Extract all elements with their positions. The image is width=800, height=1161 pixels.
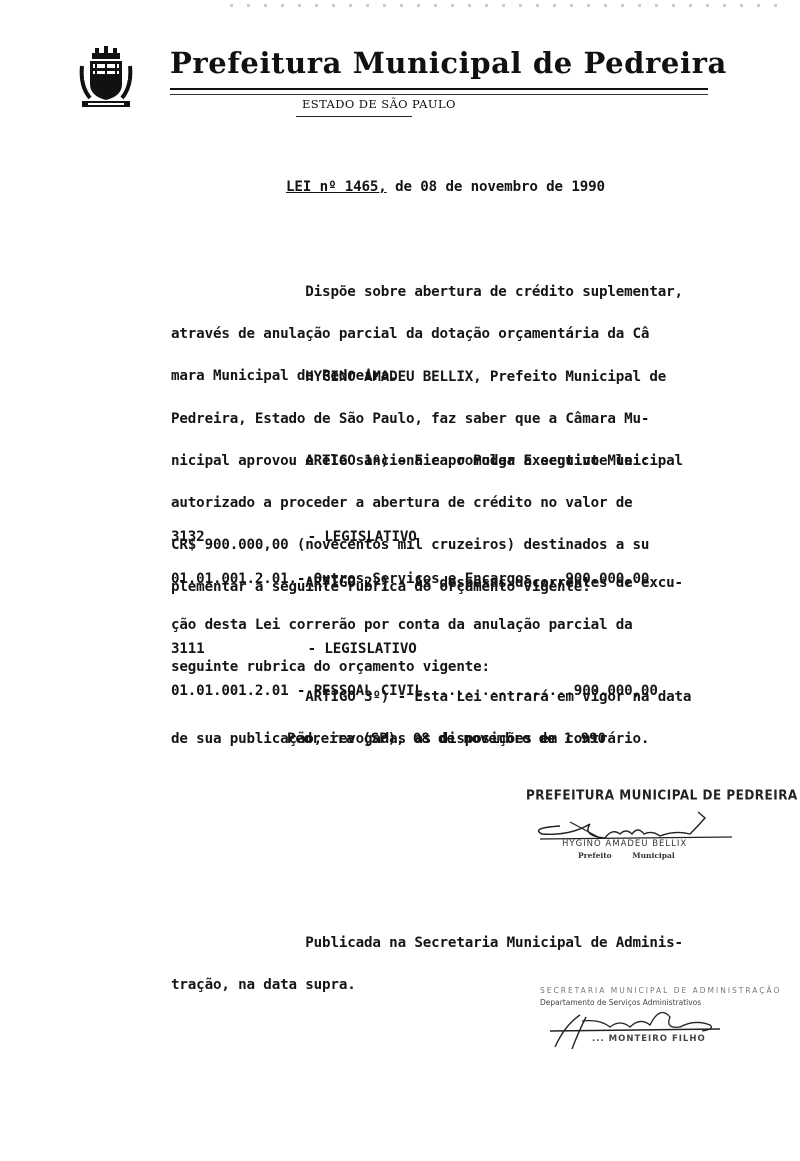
- secretary-stamp-line: SECRETARIA MUNICIPAL DE ADMINISTRAÇÃO: [540, 986, 781, 995]
- header-subtitle: ESTADO DE SÃO PAULO: [302, 97, 456, 111]
- preamble-line: Pedreira, Estado de São Paulo, faz saber…: [171, 412, 666, 426]
- law-heading: LEI nº 1465, de 08 de novembro de 1990: [286, 180, 605, 194]
- secretary-name: ... MONTEIRO FILHO: [592, 1034, 706, 1044]
- budget-unit: - LEGISLATIVO: [308, 641, 417, 657]
- article-line: ARTIGO 2º) - As despesas decorrentes de …: [171, 576, 683, 590]
- budget-code: 3111: [171, 641, 205, 657]
- mayor-name: HYGINO AMADEU BELLIX: [562, 839, 687, 849]
- article-line: ARTIGO 1º) - Fica o Poder Executivo Muni…: [171, 454, 683, 468]
- article-line: ARTIGO 3º) - Esta Lei entrará em vigor n…: [171, 690, 691, 704]
- publication-line: Publicada na Secretaria Municipal de Adm…: [171, 936, 683, 950]
- coat-of-arms-icon: [78, 46, 134, 110]
- scan-artifact: [230, 4, 790, 7]
- secretary-signature-icon: [520, 1005, 740, 1055]
- law-number: LEI nº 1465,: [286, 179, 387, 195]
- mayor-role: Prefeito Municipal: [578, 851, 675, 860]
- summary-line: através de anulação parcial da dotação o…: [171, 327, 683, 341]
- place-and-date: Pedreira (SP), 08 de novembro de 1.990: [287, 732, 606, 746]
- preamble-line: HYGINO AMADEU BELLIX, Prefeito Municipal…: [171, 370, 666, 384]
- budget-unit: - LEGISLATIVO: [308, 529, 417, 545]
- header-divider: [170, 88, 708, 95]
- page-title: Prefeitura Municipal de Pedreira: [170, 46, 727, 80]
- summary-line: Dispõe sobre abertura de crédito supleme…: [171, 285, 683, 299]
- subtitle-divider: [296, 116, 412, 117]
- law-date: de 08 de novembro de 1990: [387, 179, 605, 195]
- mayor-stamp: PREFEITURA MUNICIPAL DE PEDREIRA: [526, 787, 798, 802]
- budget-code: 3132: [171, 529, 205, 545]
